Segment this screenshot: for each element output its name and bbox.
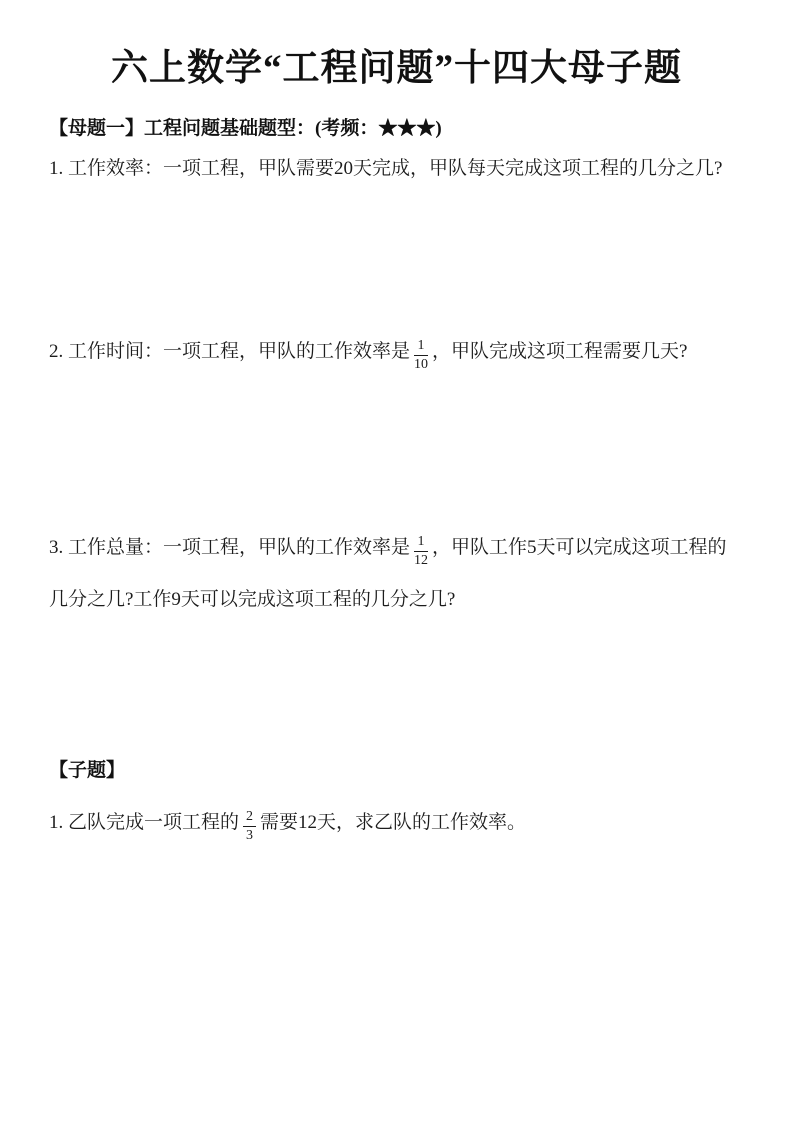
fraction-numerator: 1 <box>414 338 428 356</box>
question-3-work-total: 3. 工作总量：一项工程，甲队的工作效率是112，甲队工作5天可以完成这项工程的… <box>49 522 739 626</box>
question-2-text-post: ，甲队完成这项工程需要几天? <box>432 341 687 362</box>
fraction-one-twelfth: 112 <box>414 534 428 569</box>
sub-question-1-text-pre: 1. 乙队完成一项工程的 <box>49 812 239 833</box>
fraction-denominator: 10 <box>414 356 428 373</box>
fraction-numerator: 1 <box>414 534 428 552</box>
question-3-text-pre: 3. 工作总量：一项工程，甲队的工作效率是 <box>49 537 410 558</box>
section-heading-sub-topic: 【子题】 <box>49 757 125 785</box>
fraction-denominator: 12 <box>414 552 428 569</box>
question-1-work-efficiency: 1. 工作效率：一项工程，甲队需要20天完成，甲队每天完成这项工程的几分之几? <box>49 155 769 183</box>
section-heading-mother-topic-1: 【母题一】工程问题基础题型：(考频：★★★) <box>49 115 442 143</box>
worksheet-page: 六上数学“工程问题”十四大母子题 【母题一】工程问题基础题型：(考频：★★★) … <box>0 0 793 1122</box>
fraction-two-thirds: 23 <box>243 809 256 844</box>
fraction-one-tenth: 110 <box>414 338 428 373</box>
document-title: 六上数学“工程问题”十四大母子题 <box>0 46 793 92</box>
sub-question-1-text-post: 需要12天，求乙队的工作效率。 <box>260 812 526 833</box>
fraction-denominator: 3 <box>243 827 256 844</box>
question-2-work-time: 2. 工作时间：一项工程，甲队的工作效率是110，甲队完成这项工程需要几天? <box>49 326 779 378</box>
question-2-text-pre: 2. 工作时间：一项工程，甲队的工作效率是 <box>49 341 410 362</box>
sub-question-1: 1. 乙队完成一项工程的23需要12天，求乙队的工作效率。 <box>49 797 779 849</box>
fraction-numerator: 2 <box>243 809 256 827</box>
